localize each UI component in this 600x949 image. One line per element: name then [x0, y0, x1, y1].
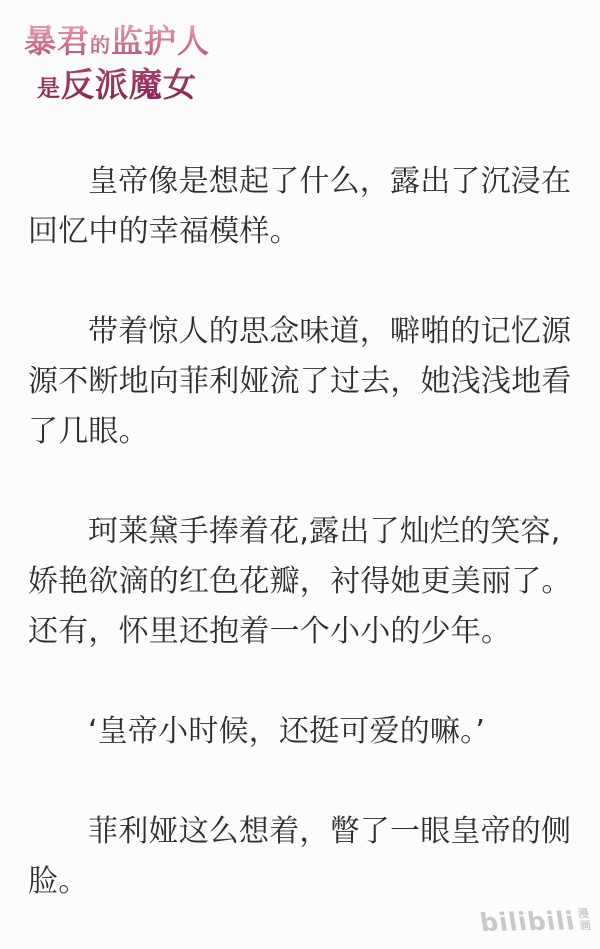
- text-line: 还有，怀里还抱着一个小小的少年。: [28, 607, 572, 657]
- bilibili-logo-text: bilibili: [478, 908, 577, 935]
- text-line: 娇艳欲滴的红色花瓣，衬得她更美丽了。: [28, 557, 572, 607]
- paragraph: 皇帝像是想起了什么，露出了沉浸在回忆中的幸福模样。: [28, 157, 572, 257]
- paragraph: 菲利娅这么想着，瞥了一眼皇帝的侧脸。: [28, 807, 572, 907]
- paragraph: 珂莱黛手捧着花,露出了灿烂的笑容,娇艳欲滴的红色花瓣，衬得她更美丽了。还有，怀里…: [28, 507, 572, 657]
- manhua-label-top: 漫: [577, 908, 590, 920]
- series-title-line2-part1: 是: [37, 75, 61, 102]
- manhua-label: 漫 画: [577, 908, 592, 932]
- series-title-line2-part2: 反派魔女: [61, 65, 197, 104]
- series-title-line1-part2: 的: [90, 33, 111, 57]
- text-line: 源不断地向菲利娅流了过去，她浅浅地看: [28, 357, 572, 407]
- series-title-line1: 暴君的监护人: [24, 18, 210, 68]
- novel-reader-page: 暴君的监护人 是反派魔女 皇帝像是想起了什么，露出了沉浸在回忆中的幸福模样。带着…: [0, 0, 600, 949]
- text-line: 带着惊人的思念味道，噼啪的记忆源: [28, 307, 572, 357]
- manhua-label-bottom: 画: [579, 920, 592, 932]
- text-line: 菲利娅这么想着，瞥了一眼皇帝的侧: [28, 807, 572, 857]
- series-title-logo: 暴君的监护人 是反派魔女: [24, 18, 210, 110]
- paragraphs: 皇帝像是想起了什么，露出了沉浸在回忆中的幸福模样。带着惊人的思念味道，噼啪的记忆…: [28, 157, 572, 907]
- text-line: 皇帝像是想起了什么，露出了沉浸在: [28, 157, 572, 207]
- novel-text-content: 皇帝像是想起了什么，露出了沉浸在回忆中的幸福模样。带着惊人的思念味道，噼啪的记忆…: [28, 157, 572, 949]
- series-title-line1-part3: 监护人: [111, 22, 210, 60]
- text-line: ‘皇帝小时候，还挺可爱的嘛。’: [28, 707, 572, 757]
- bilibili-manhua-watermark: bilibili 漫 画: [478, 908, 592, 935]
- text-line: 珂莱黛手捧着花,露出了灿烂的笑容,: [28, 507, 572, 557]
- text-line: 脸。: [28, 857, 572, 907]
- text-line: 了几眼。: [28, 407, 572, 457]
- series-title-line2: 是反派魔女: [37, 64, 210, 110]
- text-line: 回忆中的幸福模样。: [28, 207, 572, 257]
- paragraph: 带着惊人的思念味道，噼啪的记忆源源不断地向菲利娅流了过去，她浅浅地看了几眼。: [28, 307, 572, 457]
- series-title-line1-part1: 暴君: [24, 22, 90, 60]
- paragraph: ‘皇帝小时候，还挺可爱的嘛。’: [28, 707, 572, 757]
